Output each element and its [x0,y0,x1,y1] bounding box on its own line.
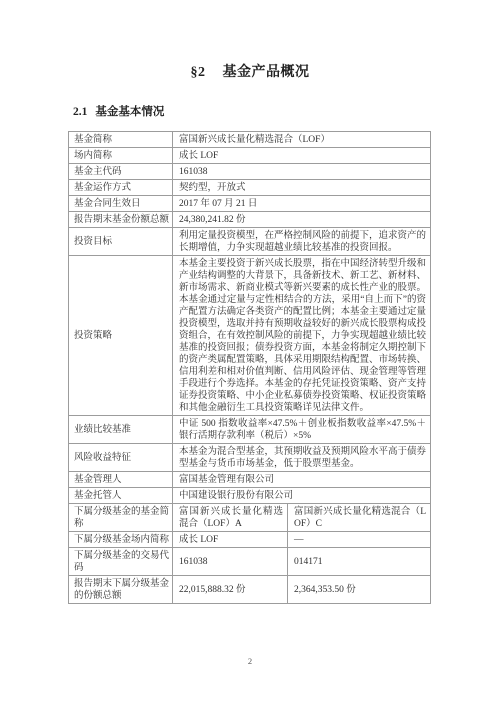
table-row-exchange-short-name: 场内简称 成长 LOF [69,148,431,164]
title-section-number: §2 [191,65,206,80]
row-value: 中证 500 指数收益率×47.5%＋创业板指数收益率×47.5%＋银行活期存款… [173,416,431,444]
row-value: 富国基金管理有限公司 [173,472,431,488]
table-row-total-shares: 报告期末基金份额总额 24,380,241.82 份 [69,212,431,228]
table-row-contract-effective-date: 基金合同生效日 2017 年 07 月 21 日 [69,196,431,212]
row-label: 投资策略 [69,256,173,416]
table-row-fund-manager: 基金管理人 富国基金管理有限公司 [69,472,431,488]
row-label: 投资目标 [69,228,173,256]
row-label: 风险收益特征 [69,444,173,472]
table-row-subfund-short-name: 下属分级基金的基金简称 富国新兴成长量化精选混合（LOF）A 富国新兴成长量化精… [69,504,431,532]
row-value: 24,380,241.82 份 [173,212,431,228]
row-label: 场内简称 [69,148,173,164]
page-number: 2 [0,656,500,666]
row-label: 下属分级基金的交易代码 [69,548,173,576]
row-value-class-c: 2,364,353.50 份 [288,576,431,604]
row-value: 161038 [173,164,431,180]
row-value: 本基金为混合型基金，其预期收益及预期风险水平高于债券型基金与货币市场基金，低于股… [173,444,431,472]
row-value: 利用定量投资模型，在严格控制风险的前提下，追求资产的长期增值，力争实现超越业绩比… [173,228,431,256]
table-row-investment-strategy: 投资策略 本基金主要投资于新兴成长股票，指在中国经济转型升级和产业结构调整的大背… [69,256,431,416]
section-title: 基金基本情况 [95,106,164,118]
row-value: 契约型，开放式 [173,180,431,196]
document-page: §2基金产品概况 2.1基金基本情况 基金简称 富国新兴成长量化精选混合（LOF… [0,0,500,707]
row-value: 富国新兴成长量化精选混合（LOF） [173,132,431,148]
row-label: 下属分级基金场内简称 [69,532,173,548]
row-value-class-a: 161038 [173,548,288,576]
row-value: 2017 年 07 月 21 日 [173,196,431,212]
table-row-fund-short-name: 基金简称 富国新兴成长量化精选混合（LOF） [69,132,431,148]
row-value-class-c: 014171 [288,548,431,576]
row-value: 中国建设银行股份有限公司 [173,488,431,504]
table-row-fund-main-code: 基金主代码 161038 [69,164,431,180]
row-label: 业绩比较基准 [69,416,173,444]
row-value-class-c: — [288,532,431,548]
row-label: 基金管理人 [69,472,173,488]
row-label: 报告期末下属分级基金的份额总额 [69,576,173,604]
table-row-performance-benchmark: 业绩比较基准 中证 500 指数收益率×47.5%＋创业板指数收益率×47.5%… [69,416,431,444]
fund-info-table: 基金简称 富国新兴成长量化精选混合（LOF） 场内简称 成长 LOF 基金主代码… [68,131,431,604]
table-row-operation-mode: 基金运作方式 契约型，开放式 [69,180,431,196]
row-value-class-a: 富国新兴成长量化精选混合（LOF）A [173,504,288,532]
table-row-risk-return-profile: 风险收益特征 本基金为混合型基金，其预期收益及预期风险水平高于债券型基金与货币市… [69,444,431,472]
title-text: 基金产品概况 [223,65,310,80]
row-label: 基金托管人 [69,488,173,504]
table-row-subfund-exchange-name: 下属分级基金场内简称 成长 LOF — [69,532,431,548]
row-value: 成长 LOF [173,148,431,164]
table-row-subfund-total-shares: 报告期末下属分级基金的份额总额 22,015,888.32 份 2,364,35… [69,576,431,604]
section-number: 2.1 [73,106,87,118]
row-label: 报告期末基金份额总额 [69,212,173,228]
row-value-class-a: 成长 LOF [173,532,288,548]
row-value-class-a: 22,015,888.32 份 [173,576,288,604]
section-heading: 2.1基金基本情况 [73,103,500,119]
row-label: 基金简称 [69,132,173,148]
table-row-investment-objective: 投资目标 利用定量投资模型，在严格控制风险的前提下，追求资产的长期增值，力争实现… [69,228,431,256]
row-value-class-c: 富国新兴成长量化精选混合（LOF）C [288,504,431,532]
row-label: 下属分级基金的基金简称 [69,504,173,532]
row-label: 基金合同生效日 [69,196,173,212]
table-row-fund-custodian: 基金托管人 中国建设银行股份有限公司 [69,488,431,504]
row-label: 基金主代码 [69,164,173,180]
table-row-subfund-trading-code: 下属分级基金的交易代码 161038 014171 [69,548,431,576]
row-label: 基金运作方式 [69,180,173,196]
row-value: 本基金主要投资于新兴成长股票，指在中国经济转型升级和产业结构调整的大背景下，具备… [173,256,431,416]
page-title: §2基金产品概况 [0,0,500,81]
